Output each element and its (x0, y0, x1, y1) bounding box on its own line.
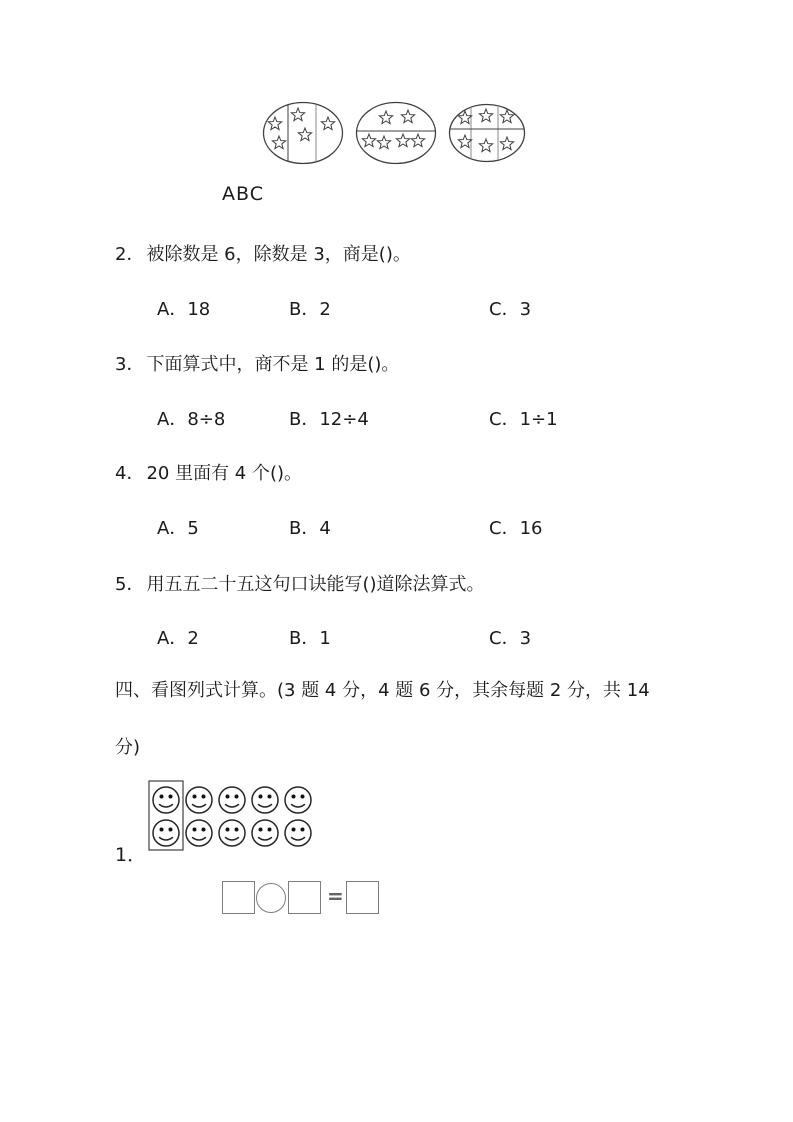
smiley-face-icon (219, 787, 245, 813)
question-5-options: A．2 B．1 C．3 (0, 624, 793, 648)
smiley-face-icon (252, 787, 278, 813)
option-c: C．3 (489, 624, 531, 650)
star-icon (291, 108, 304, 121)
option-c: C．16 (489, 514, 542, 540)
worksheet-page: ABC 2．被除数是 6，除数是 3，商是()。 A．18 B．2 C．3 3．… (0, 0, 793, 1122)
question-number: 5． (115, 574, 144, 595)
star-icon (479, 109, 492, 122)
star-icon (321, 117, 334, 130)
question-4-options: A．5 B．4 C．16 (0, 514, 793, 538)
option-b: B．2 (289, 295, 331, 321)
option-c: C．1÷1 (489, 405, 558, 431)
star-icon (411, 134, 424, 147)
question-number: 4． (115, 463, 144, 484)
star-oval-b (355, 101, 437, 165)
equation-operand-box[interactable] (222, 881, 255, 914)
star-icon (396, 134, 409, 147)
item-1-number: 1． (115, 840, 146, 867)
question-text: 下面算式中，商不是 1 的是()。 (146, 354, 399, 375)
smiley-grid-figure (148, 780, 316, 852)
option-b: B．4 (289, 514, 331, 540)
question-text: 20 里面有 4 个()。 (146, 463, 302, 484)
question-text: 用五五二十五这句口诀能写()道除法算式。 (146, 574, 484, 595)
star-icon (377, 136, 390, 149)
star-icon (362, 134, 375, 147)
smiley-face-icon (153, 787, 179, 813)
smiley-face-icon (186, 820, 212, 846)
smiley-face-icon (285, 820, 311, 846)
equation-operand-box[interactable] (288, 881, 321, 914)
option-a: A．5 (157, 514, 199, 540)
question-4: 4．20 里面有 4 个()。 (115, 459, 302, 485)
section-four-heading-line1: 四、看图列式计算。(3 题 4 分，4 题 6 分，其余每题 2 分，共 14 (115, 676, 650, 702)
smiley-face-icon (153, 820, 179, 846)
star-ovals-figure (262, 101, 526, 165)
star-icon (298, 128, 311, 141)
question-5: 5．用五五二十五这句口诀能写()道除法算式。 (115, 570, 485, 596)
question-2: 2．被除数是 6，除数是 3，商是()。 (115, 240, 411, 266)
equation-result-box[interactable] (346, 881, 379, 914)
smiley-face-icon (219, 820, 245, 846)
question-text: 被除数是 6，除数是 3，商是()。 (146, 244, 410, 265)
option-c: C．3 (489, 295, 531, 321)
star-icon (401, 110, 414, 123)
question-3: 3．下面算式中，商不是 1 的是()。 (115, 350, 399, 376)
option-b: B．12÷4 (289, 405, 369, 431)
star-icon (458, 135, 471, 148)
smiley-face-icon (285, 787, 311, 813)
smiley-face-icon (252, 820, 278, 846)
equals-sign: = (327, 884, 344, 908)
option-a: A．2 (157, 624, 199, 650)
option-a: A．8÷8 (157, 405, 225, 431)
question-2-options: A．18 B．2 C．3 (0, 295, 793, 319)
star-oval-c (448, 103, 526, 163)
star-icon (479, 139, 492, 152)
equation-operator-circle[interactable] (256, 883, 286, 913)
question-3-options: A．8÷8 B．12÷4 C．1÷1 (0, 405, 793, 429)
star-oval-a (262, 101, 344, 165)
star-icon (379, 111, 392, 124)
star-icon (268, 117, 281, 130)
option-a: A．18 (157, 295, 210, 321)
figure-answer-label: ABC (222, 183, 264, 205)
star-icon (272, 136, 285, 149)
oval-outline (357, 103, 436, 164)
question-number: 2． (115, 244, 144, 265)
question-number: 3． (115, 354, 144, 375)
smiley-face-icon (186, 787, 212, 813)
star-icon (500, 137, 513, 150)
option-b: B．1 (289, 624, 331, 650)
section-four-heading-line2: 分) (115, 733, 140, 759)
